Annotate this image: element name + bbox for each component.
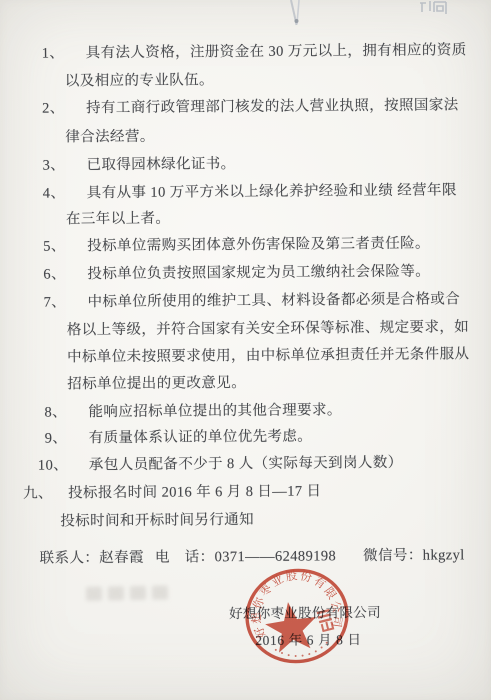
list-item-text: 承包人员配备不少于 8 人（实际每天到岗人数） [89, 453, 403, 475]
section-nine-line: 投标时间和开标时间另行通知 [1, 508, 491, 532]
list-item-number: 9、 [45, 428, 68, 448]
list-item-text: 投标单位负责按照国家规定为员工缴纳社会保险等。 [87, 262, 430, 285]
list-item-line: 9、 有质量体系认证的单位优先考虑。 [1, 425, 491, 449]
list-item-line: 中标单位未按照要求使用，由中标单位承担责任并无条件服从 [0, 344, 491, 368]
list-item-text: 投标单位需购买团体意外伤害保险及第三者责任险。 [87, 233, 430, 256]
list-item-line: 3、 已取得园林绿化证书。 [0, 152, 490, 176]
list-item-text: 以及相应的专业队伍。 [65, 70, 214, 91]
contact-person-name: 赵春霞 [99, 550, 144, 566]
section-number: 九、 [23, 484, 53, 504]
section-text: 投标报名时间 2016 年 6 月 8 日—17 日 [68, 481, 321, 503]
list-item-number: 1、 [42, 43, 65, 63]
list-item-text: 具有从事 10 万平方米以上绿化养护经验和业绩 经营年限 [87, 180, 457, 203]
list-item-text: 中标单位未按照要求使用，由中标单位承担责任并无条件服从 [67, 344, 469, 367]
list-item-line: 5、 投标单位需购买团体意外伤害保险及第三者责任险。 [0, 233, 490, 257]
list-item-text: 已取得园林绿化证书。 [86, 154, 235, 175]
list-item-line: 4、 具有从事 10 万平方米以上绿化养护经验和业绩 经营年限 [0, 180, 490, 204]
list-item-line: 7、 中标单位所使用的维护工具、材料设备都必须是合格或合 [0, 289, 491, 313]
list-item-number: 2、 [42, 98, 65, 118]
list-item-number: 7、 [44, 292, 67, 312]
list-item-text: 能响应招标单位提出的其他合理要求。 [88, 400, 341, 422]
list-item-line: 格以上等级，并符合国家有关安全环保等标准、规定要求，如 [0, 317, 491, 341]
section-nine-line: 九、 投标报名时间 2016 年 6 月 8 日—17 日 [1, 480, 491, 504]
list-item-text: 具有法人资格，注册资金在 30 万元以上，拥有相应的资质 [86, 40, 467, 63]
list-item-text: 律合法经营。 [65, 127, 155, 148]
list-item-number: 6、 [43, 264, 66, 284]
list-item-text: 有质量体系认证的单位优先考虑。 [89, 426, 313, 448]
list-item-line: 在三年以上者。 [0, 206, 490, 230]
list-item-number: 10、 [38, 455, 68, 475]
list-item-text: 持有工商行政管理部门核发的法人营业执照，按照国家法 [86, 95, 459, 118]
company-seal: 好想你枣业股份有限公司 [240, 564, 354, 668]
list-item-line: 6、 投标单位负责按照国家规定为员工缴纳社会保险等。 [0, 261, 490, 285]
list-item-line: 以及相应的专业队伍。 [0, 68, 489, 92]
scanned-document-page: 1、 具有法人资格，注册资金在 30 万元以上，拥有相应的资质 以及相应的专业队… [0, 0, 491, 700]
list-item-number: 4、 [43, 183, 66, 203]
contact-phone-number: 0371——62489198 [214, 548, 336, 565]
list-item-number: 8、 [44, 402, 67, 422]
list-item-line: 律合法经营。 [0, 124, 489, 148]
list-item-text: 格以上等级，并符合国家有关安全环保等标准、规定要求，如 [67, 317, 469, 340]
list-item-line: 8、 能响应招标单位提出的其他合理要求。 [0, 399, 491, 423]
list-item-text: 招标单位提出的更改意见。 [67, 373, 246, 394]
list-item-line: 10、 承包人员配备不少于 8 人（实际每天到岗人数） [1, 452, 491, 476]
list-item-number: 5、 [43, 236, 66, 256]
list-item-text: 在三年以上者。 [66, 209, 170, 230]
list-item-line: 招标单位提出的更改意见。 [0, 371, 491, 395]
seal-star-icon [263, 599, 321, 654]
list-item-text: 中标单位所使用的维护工具、材料设备都必须是合格或合 [88, 289, 461, 312]
list-item-line: 2、 持有工商行政管理部门核发的法人营业执照，按照国家法 [0, 95, 489, 119]
contact-wechat-label: 微信号： [363, 548, 423, 564]
list-item-number: 3、 [42, 155, 65, 175]
contact-wechat-id: hkgzyl [423, 547, 465, 563]
section-text: 投标时间和开标时间另行通知 [60, 509, 254, 531]
contact-person-label: 联系人： [40, 550, 100, 566]
list-item-line: 1、 具有法人资格，注册资金在 30 万元以上，拥有相应的资质 [0, 40, 489, 64]
contact-phone-label: 电 话： [155, 549, 215, 565]
